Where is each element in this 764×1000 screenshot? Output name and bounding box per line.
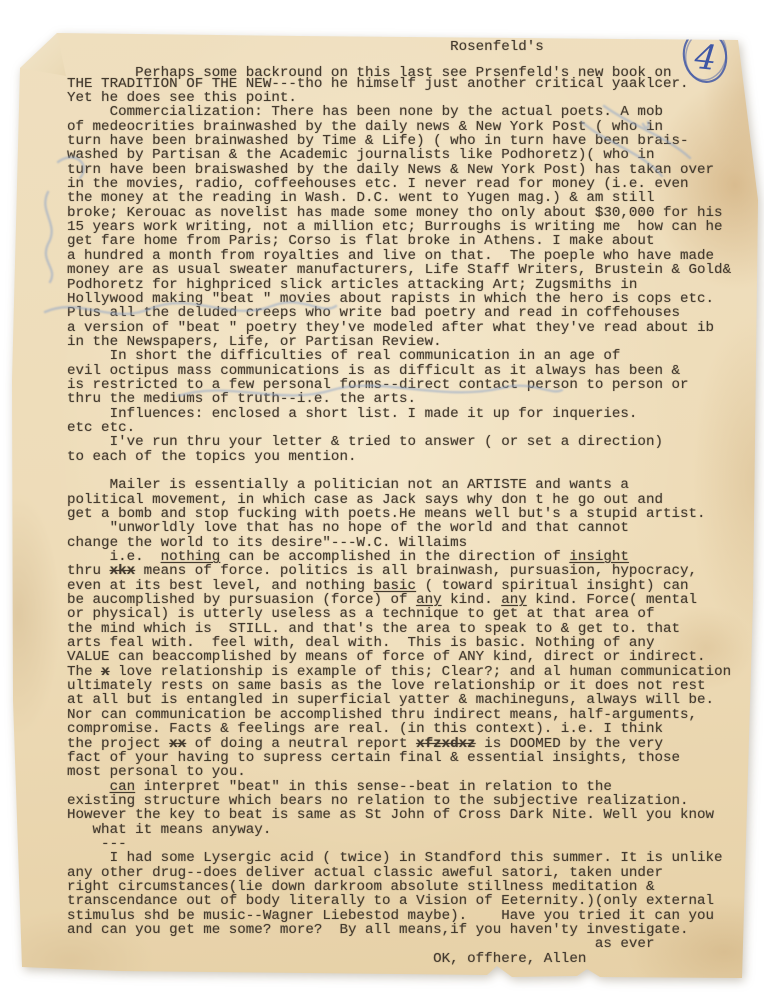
typed-line: to each of the topics you mention. bbox=[67, 450, 757, 464]
typed-line: of medeocrities brainwashed by the daily… bbox=[67, 120, 757, 134]
typed-line: and can you get me some? more? By all me… bbox=[67, 923, 757, 937]
page-number-annotation: 4 bbox=[678, 26, 734, 88]
typed-line: get fare home from Paris; Corso is flat … bbox=[67, 234, 757, 248]
typed-line: a version of "beat " poetry they've mode… bbox=[67, 321, 757, 335]
typed-line: In short the difficulties of real commun… bbox=[67, 349, 757, 363]
typed-line: a hundred a month from royalties and liv… bbox=[67, 249, 757, 263]
scan-background: Rosenfeld's Perhaps some backround on th… bbox=[0, 0, 764, 1000]
typed-line: what it means anyway. bbox=[67, 823, 757, 837]
typed-line: even at its best level, and nothing basi… bbox=[67, 579, 757, 593]
typed-text: Rosenfeld's Perhaps some backround on th… bbox=[67, 40, 757, 966]
typed-line: the project xx of doing a neutral report… bbox=[67, 737, 757, 751]
typed-line: Podhoretz for highpriced slick articles … bbox=[67, 278, 757, 292]
typed-line: However the key to beat is same as St Jo… bbox=[67, 808, 757, 822]
page-number-text: 4 bbox=[692, 37, 719, 79]
typed-line: evil octipus mass communications is as d… bbox=[67, 364, 757, 378]
typed-line: or physical) is utterly useless as a tec… bbox=[67, 607, 757, 621]
paper-shadow: Rosenfeld's Perhaps some backround on th… bbox=[0, 0, 764, 1000]
typed-line: Influences: enclosed a short list. I mad… bbox=[67, 407, 757, 421]
typed-line: OK, offhere, Allen bbox=[67, 952, 757, 966]
typed-line: can interpret "beat" in this sense--beat… bbox=[67, 780, 757, 794]
typed-line: the mind which is STILL. and that's the … bbox=[67, 622, 757, 636]
typed-line: Mailer is essentially a politician not a… bbox=[67, 478, 757, 492]
letter-page: Rosenfeld's Perhaps some backround on th… bbox=[0, 0, 764, 1000]
typed-line: stimulus shd be music--Wagner Liebestod … bbox=[67, 909, 757, 923]
typed-line: Nor can communication be accomplished th… bbox=[67, 708, 757, 722]
typed-line: money are as usual sweater manufacturers… bbox=[67, 263, 757, 277]
typed-line: Commercialization: There has been none b… bbox=[67, 105, 757, 119]
typed-line: Plus all the deluded creeps who write ba… bbox=[67, 306, 757, 320]
typed-line: VALUE can beaccomplished by means of for… bbox=[67, 650, 757, 664]
typed-line: most personal to you. bbox=[67, 765, 757, 779]
typed-line: at all but is entangled in superficial y… bbox=[67, 693, 757, 707]
typed-line: thru xkx means of force. politics is all… bbox=[67, 564, 757, 578]
typed-line: broke; Kerouac as novelist has made some… bbox=[67, 206, 757, 220]
typed-line: transcendance out of body literally to a… bbox=[67, 894, 757, 908]
typed-line: THE TRADITION OF THE NEW---tho he himsel… bbox=[67, 77, 757, 91]
typed-line: change the world to its desire"---W.C. W… bbox=[67, 536, 757, 550]
typed-line: any other drug--does deliver actual clas… bbox=[67, 866, 757, 880]
typed-line: thru the mediums of truth--i.e. the arts… bbox=[67, 392, 757, 406]
typed-line: political movement, in which case as Jac… bbox=[67, 493, 757, 507]
typed-line: Rosenfeld's bbox=[67, 40, 757, 54]
typed-line: as ever bbox=[67, 937, 757, 951]
typed-line: compromise. Facts & feelings are real. (… bbox=[67, 722, 757, 736]
typed-line: "unworldly love that has no hope of the … bbox=[67, 521, 757, 535]
typed-line: turn have been braiswashed by the daily … bbox=[67, 163, 757, 177]
typed-line: I had some Lysergic acid ( twice) in Sta… bbox=[67, 851, 757, 865]
typed-line: The x love relationship is example of th… bbox=[67, 665, 757, 679]
typed-line: washed by Partisan & the Academic journa… bbox=[67, 148, 757, 162]
typed-line: the money at the reading in Wash. D.C. w… bbox=[67, 191, 757, 205]
typed-line: I've run thru your letter & tried to ans… bbox=[67, 435, 757, 449]
